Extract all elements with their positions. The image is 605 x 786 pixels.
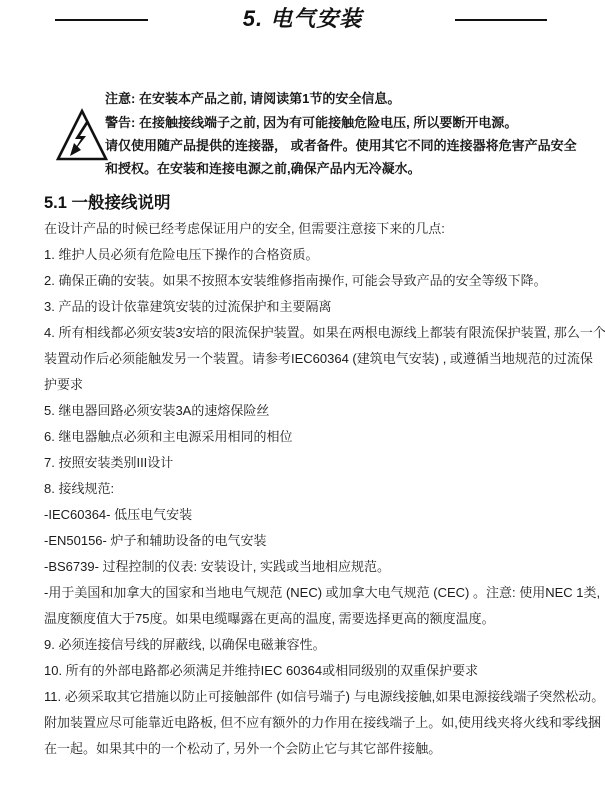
body-line: 6. 继电器触点必须和主电源采用相同的相位 bbox=[44, 424, 589, 450]
high-voltage-warning-icon bbox=[55, 107, 109, 165]
body-line: 10. 所有的外部电路都必须满足并维持IEC 60364或相同级别的双重保护要求 bbox=[44, 658, 589, 684]
section-heading: 5.1 一般接线说明 bbox=[44, 189, 171, 213]
title-band: 5. 电气安装 bbox=[0, 0, 605, 42]
body-line: 护要求 bbox=[44, 372, 589, 398]
body-line: 在设计产品的时候已经考虑保证用户的安全, 但需要注意接下来的几点: bbox=[44, 216, 589, 242]
body-line: 11. 必须采取其它措施以防止可接触部件 (如信号端子) 与电源线接触,如果电源… bbox=[44, 684, 589, 710]
body-line: 8. 接线规范: bbox=[44, 476, 589, 502]
body-line: 附加装置应尽可能靠近电路板, 但不应有额外的力作用在接线端子上。如,使用线夹将火… bbox=[44, 710, 589, 736]
body-line: -用于美国和加拿大的国家和当地电气规范 (NEC) 或加拿大电气规范 (CEC)… bbox=[44, 580, 589, 606]
warning-line: 和授权。在安装和连接电源之前,确保产品内无冷凝水。 bbox=[105, 157, 585, 180]
body-line: 3. 产品的设计依靠建筑安装的过流保护和主要隔离 bbox=[44, 294, 589, 320]
body-line: -IEC60364- 低压电气安装 bbox=[44, 502, 589, 528]
body-lines: 在设计产品的时候已经考虑保证用户的安全, 但需要注意接下来的几点:1. 维护人员… bbox=[44, 216, 589, 762]
body-line: 在一起。如果其中的一个松动了, 另外一个会防止它与其它部件接触。 bbox=[44, 736, 589, 762]
document-page: 5. 电气安装 注意: 在安装本产品之前, 请阅读第1节的安全信息。 警告: 在… bbox=[0, 0, 605, 786]
body-line: 1. 维护人员必须有危险电压下操作的合格资质。 bbox=[44, 242, 589, 268]
body-line: 2. 确保正确的安装。如果不按照本安装维修指南操作, 可能会导致产品的安全等级下… bbox=[44, 268, 589, 294]
page-title: 5. 电气安装 bbox=[0, 2, 605, 33]
title-rule-right bbox=[455, 19, 547, 21]
body-line: 7. 按照安装类别III设计 bbox=[44, 450, 589, 476]
body-line: 5. 继电器回路必须安装3A的速熔保险丝 bbox=[44, 398, 589, 424]
body-line: 9. 必须连接信号线的屏蔽线, 以确保电磁兼容性。 bbox=[44, 632, 589, 658]
warning-text: 警告: 在接触接线端子之前, 因为有可能接触危险电压, 所以要断开电源。请仅使用… bbox=[105, 111, 585, 180]
body-line: -BS6739- 过程控制的仪表: 安装设计, 实践或当地相应规范。 bbox=[44, 554, 589, 580]
warning-line: 警告: 在接触接线端子之前, 因为有可能接触危险电压, 所以要断开电源。 bbox=[105, 111, 585, 134]
body-line: -EN50156- 炉子和辅助设备的电气安装 bbox=[44, 528, 589, 554]
warning-line: 请仅使用随产品提供的连接器， 或者备件。使用其它不同的连接器将危害产品安全 bbox=[105, 134, 585, 157]
body-line: 温度额度值大于75度。如果电缆曝露在更高的温度, 需要选择更高的额度温度。 bbox=[44, 606, 589, 632]
notice-text: 注意: 在安装本产品之前, 请阅读第1节的安全信息。 bbox=[105, 88, 400, 107]
body-line: 4. 所有相线都必须安装3安培的限流保护装置。如果在两根电源线上都装有限流保护装… bbox=[44, 320, 589, 346]
body-line: 装置动作后必须能触发另一个装置。请参考IEC60364 (建筑电气安装) , 或… bbox=[44, 346, 589, 372]
